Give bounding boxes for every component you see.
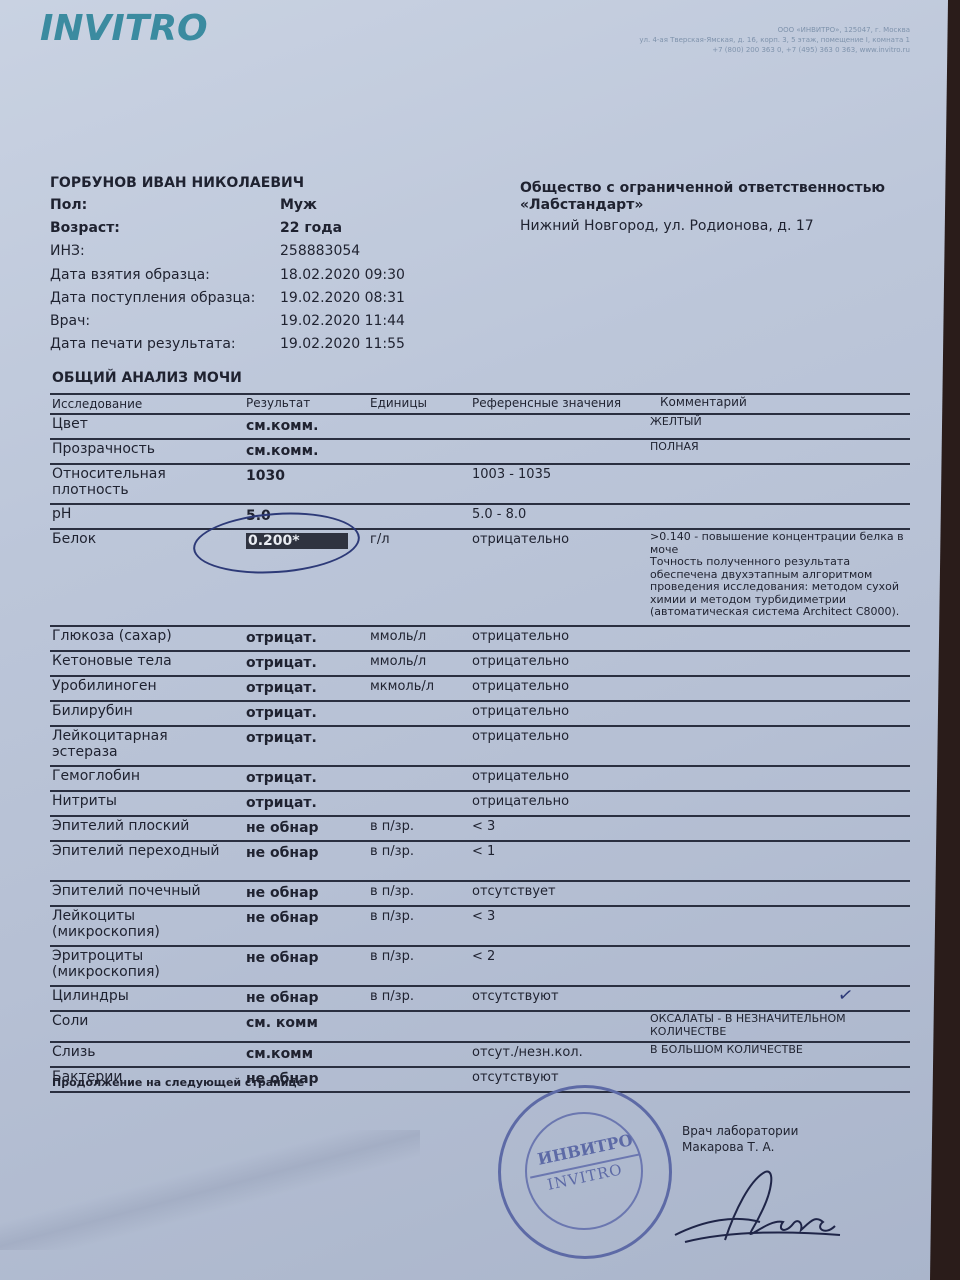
test-reference: отрицательно [472, 679, 569, 694]
test-unit: в п/зр. [370, 844, 414, 859]
test-comment: ЖЕЛТЫЙ [650, 416, 908, 429]
company-address-line: ул. 4-ая Тверская-Ямская, д. 16, корп. 3… [590, 35, 910, 45]
table-header: Исследование Результат Единицы Референсн… [50, 393, 910, 415]
test-unit: ммоль/л [370, 654, 426, 669]
lab-name-line2: «Лабстандарт» [520, 197, 920, 214]
continue-note: Продолжение на следующей странице [52, 1076, 304, 1089]
lab-stamp: ИНВИТРО INVITRO [498, 1085, 672, 1259]
test-comment: ПОЛНАЯ [650, 441, 908, 454]
test-result: 1030 [246, 468, 285, 484]
test-reference: отрицательно [472, 532, 569, 547]
test-unit: ммоль/л [370, 629, 426, 644]
table-row: Гемоглобинотрицат.отрицательно [50, 767, 910, 792]
patient-name: ГОРБУНОВ ИВАН НИКОЛАЕВИЧ [50, 175, 304, 191]
table-row: Эритроциты (микроскопия)не обнарв п/зр.<… [50, 947, 910, 987]
table-row: Слизьсм.коммотсут./незн.кол.В БОЛЬШОМ КО… [50, 1043, 910, 1068]
patient-field-value: 258883054 [280, 243, 360, 259]
test-result: отрицат. [246, 730, 317, 746]
table-row: Эпителий плоскийне обнарв п/зр.< 3 [50, 817, 910, 842]
test-result: отрицат. [246, 770, 317, 786]
section-title: ОБЩИЙ АНАЛИЗ МОЧИ [52, 370, 242, 386]
test-result: см.комм [246, 1046, 313, 1062]
results-table: Исследование Результат Единицы Референсн… [50, 393, 910, 1093]
test-name: pH [52, 506, 237, 522]
test-name: Относительная плотность [52, 466, 237, 498]
doctor-name: Макарова Т. А. [682, 1139, 798, 1155]
test-reference: отсутствуют [472, 989, 559, 1004]
test-result: отрицат. [246, 680, 317, 696]
table-row: pH5.05.0 - 8.0 [50, 505, 910, 530]
company-info: ООО «ИНВИТРО», 125047, г. Москва ул. 4-а… [590, 25, 910, 55]
test-reference: отрицательно [472, 704, 569, 719]
table-row: Кетоновые телаотрицат.ммоль/лотрицательн… [50, 652, 910, 677]
patient-field-label: ИНЗ: [50, 243, 85, 259]
test-name: Слизь [52, 1044, 237, 1060]
patient-field-value: 19.02.2020 11:55 [280, 336, 405, 352]
test-reference: < 3 [472, 819, 495, 834]
patient-field-label: Дата печати результата: [50, 336, 236, 352]
test-name: Нитриты [52, 793, 237, 809]
column-header-result: Результат [246, 396, 310, 410]
test-comment: ОКСАЛАТЫ - В НЕЗНАЧИТЕЛЬНОМ КОЛИЧЕСТВЕ [650, 1013, 908, 1038]
test-name: Цвет [52, 416, 237, 432]
table-row: Прозрачностьсм.комм.ПОЛНАЯ [50, 440, 910, 465]
patient-field-label: Дата поступления образца: [50, 290, 255, 306]
doctor-block: Врач лаборатории Макарова Т. А. [682, 1123, 798, 1155]
table-row: Относительная плотность10301003 - 1035 [50, 465, 910, 505]
column-header-units: Единицы [370, 396, 427, 410]
test-name: Соли [52, 1013, 237, 1029]
patient-field-value: 22 года [280, 220, 342, 236]
table-row: Эпителий переходныйне обнарв п/зр.< 1 [50, 842, 910, 882]
patient-field-value: 19.02.2020 11:44 [280, 313, 405, 329]
column-header-test: Исследование [52, 396, 237, 412]
test-unit: в п/зр. [370, 949, 414, 964]
table-row: Солисм. коммОКСАЛАТЫ - В НЕЗНАЧИТЕЛЬНОМ … [50, 1012, 910, 1043]
lab-name-line1: Общество с ограниченной ответственностью [520, 180, 920, 197]
test-reference: отрицательно [472, 794, 569, 809]
table-row: Эпителий почечныйне обнарв п/зр.отсутств… [50, 882, 910, 907]
test-result: не обнар [246, 910, 319, 926]
invitro-logo: INVITRO [40, 8, 208, 49]
test-unit: мкмоль/л [370, 679, 434, 694]
test-reference: < 2 [472, 949, 495, 964]
test-result: не обнар [246, 885, 319, 901]
test-result: см. комм [246, 1015, 318, 1031]
patient-field-value: Муж [280, 197, 317, 213]
test-unit: в п/зр. [370, 884, 414, 899]
test-reference: отсутствуют [472, 1070, 559, 1085]
test-result: отрицат. [246, 705, 317, 721]
doctor-title: Врач лаборатории [682, 1123, 798, 1139]
test-name: Уробилиноген [52, 678, 237, 694]
test-name: Прозрачность [52, 441, 237, 457]
test-result: не обнар [246, 950, 319, 966]
table-row: Цилиндрыне обнарв п/зр.отсутствуют [50, 987, 910, 1012]
table-row: Уробилиногенотрицат.мкмоль/лотрицательно [50, 677, 910, 702]
patient-field-label: Пол: [50, 197, 87, 213]
patient-field-value: 19.02.2020 08:31 [280, 290, 405, 306]
test-unit: в п/зр. [370, 909, 414, 924]
patient-field-value: 18.02.2020 09:30 [280, 267, 405, 283]
test-result: отрицат. [246, 630, 317, 646]
table-row: Цветсм.комм.ЖЕЛТЫЙ [50, 415, 910, 440]
column-header-reference: Референсные значения [472, 396, 621, 410]
test-unit: г/л [370, 532, 390, 547]
test-reference: < 1 [472, 844, 495, 859]
test-name: Эритроциты (микроскопия) [52, 948, 237, 980]
test-result: см.комм. [246, 418, 318, 434]
test-reference: отрицательно [472, 654, 569, 669]
test-reference: отсут./незн.кол. [472, 1045, 583, 1060]
test-reference: отрицательно [472, 769, 569, 784]
test-reference: отрицательно [472, 729, 569, 744]
test-name: Билирубин [52, 703, 237, 719]
table-row: Билирубинотрицат.отрицательно [50, 702, 910, 727]
test-reference: 1003 - 1035 [472, 467, 551, 482]
test-result: не обнар [246, 820, 319, 836]
test-result: см.комм. [246, 443, 318, 459]
lab-address: Нижний Новгород, ул. Родионова, д. 17 [520, 218, 920, 234]
patient-field-label: Возраст: [50, 220, 120, 236]
test-name: Эпителий почечный [52, 883, 237, 899]
test-reference: < 3 [472, 909, 495, 924]
test-name: Цилиндры [52, 988, 237, 1004]
test-name: Лейкоцитарная эстераза [52, 728, 237, 760]
test-result: отрицат. [246, 795, 317, 811]
test-name: Эпителий плоский [52, 818, 237, 834]
patient-field-label: Врач: [50, 313, 90, 329]
test-comment: >0.140 - повышение концентрации белка в … [650, 531, 908, 619]
table-row: Белок0.200*г/лотрицательно>0.140 - повыш… [50, 530, 910, 627]
test-name: Кетоновые тела [52, 653, 237, 669]
test-unit: в п/зр. [370, 989, 414, 1004]
table-row: Лейкоциты (микроскопия)не обнарв п/зр.< … [50, 907, 910, 947]
test-reference: отрицательно [472, 629, 569, 644]
table-row: Глюкоза (сахар)отрицат.ммоль/лотрицатель… [50, 627, 910, 652]
test-unit: в п/зр. [370, 819, 414, 834]
patient-field-label: Дата взятия образца: [50, 267, 210, 283]
table-row: Нитритыотрицат.отрицательно [50, 792, 910, 817]
table-row: Лейкоцитарная эстеразаотрицат.отрицатель… [50, 727, 910, 767]
test-result: не обнар [246, 845, 319, 861]
test-name: Глюкоза (сахар) [52, 628, 237, 644]
lab-info: Общество с ограниченной ответственностью… [520, 180, 920, 234]
test-reference: отсутствует [472, 884, 556, 899]
test-name: Гемоглобин [52, 768, 237, 784]
company-contacts-line: +7 (800) 200 363 0, +7 (495) 363 0 363, … [590, 45, 910, 55]
test-reference: 5.0 - 8.0 [472, 507, 526, 522]
document-page: INVITRO ООО «ИНВИТРО», 125047, г. Москва… [0, 0, 960, 1280]
test-name: Эпителий переходный [52, 843, 237, 859]
test-comment: В БОЛЬШОМ КОЛИЧЕСТВЕ [650, 1044, 908, 1057]
signature-icon [665, 1160, 845, 1250]
column-header-comment: Комментарий [660, 396, 918, 409]
test-result: не обнар [246, 990, 319, 1006]
test-result: отрицат. [246, 655, 317, 671]
test-name: Лейкоциты (микроскопия) [52, 908, 237, 940]
company-name-line: ООО «ИНВИТРО», 125047, г. Москва [590, 25, 910, 35]
